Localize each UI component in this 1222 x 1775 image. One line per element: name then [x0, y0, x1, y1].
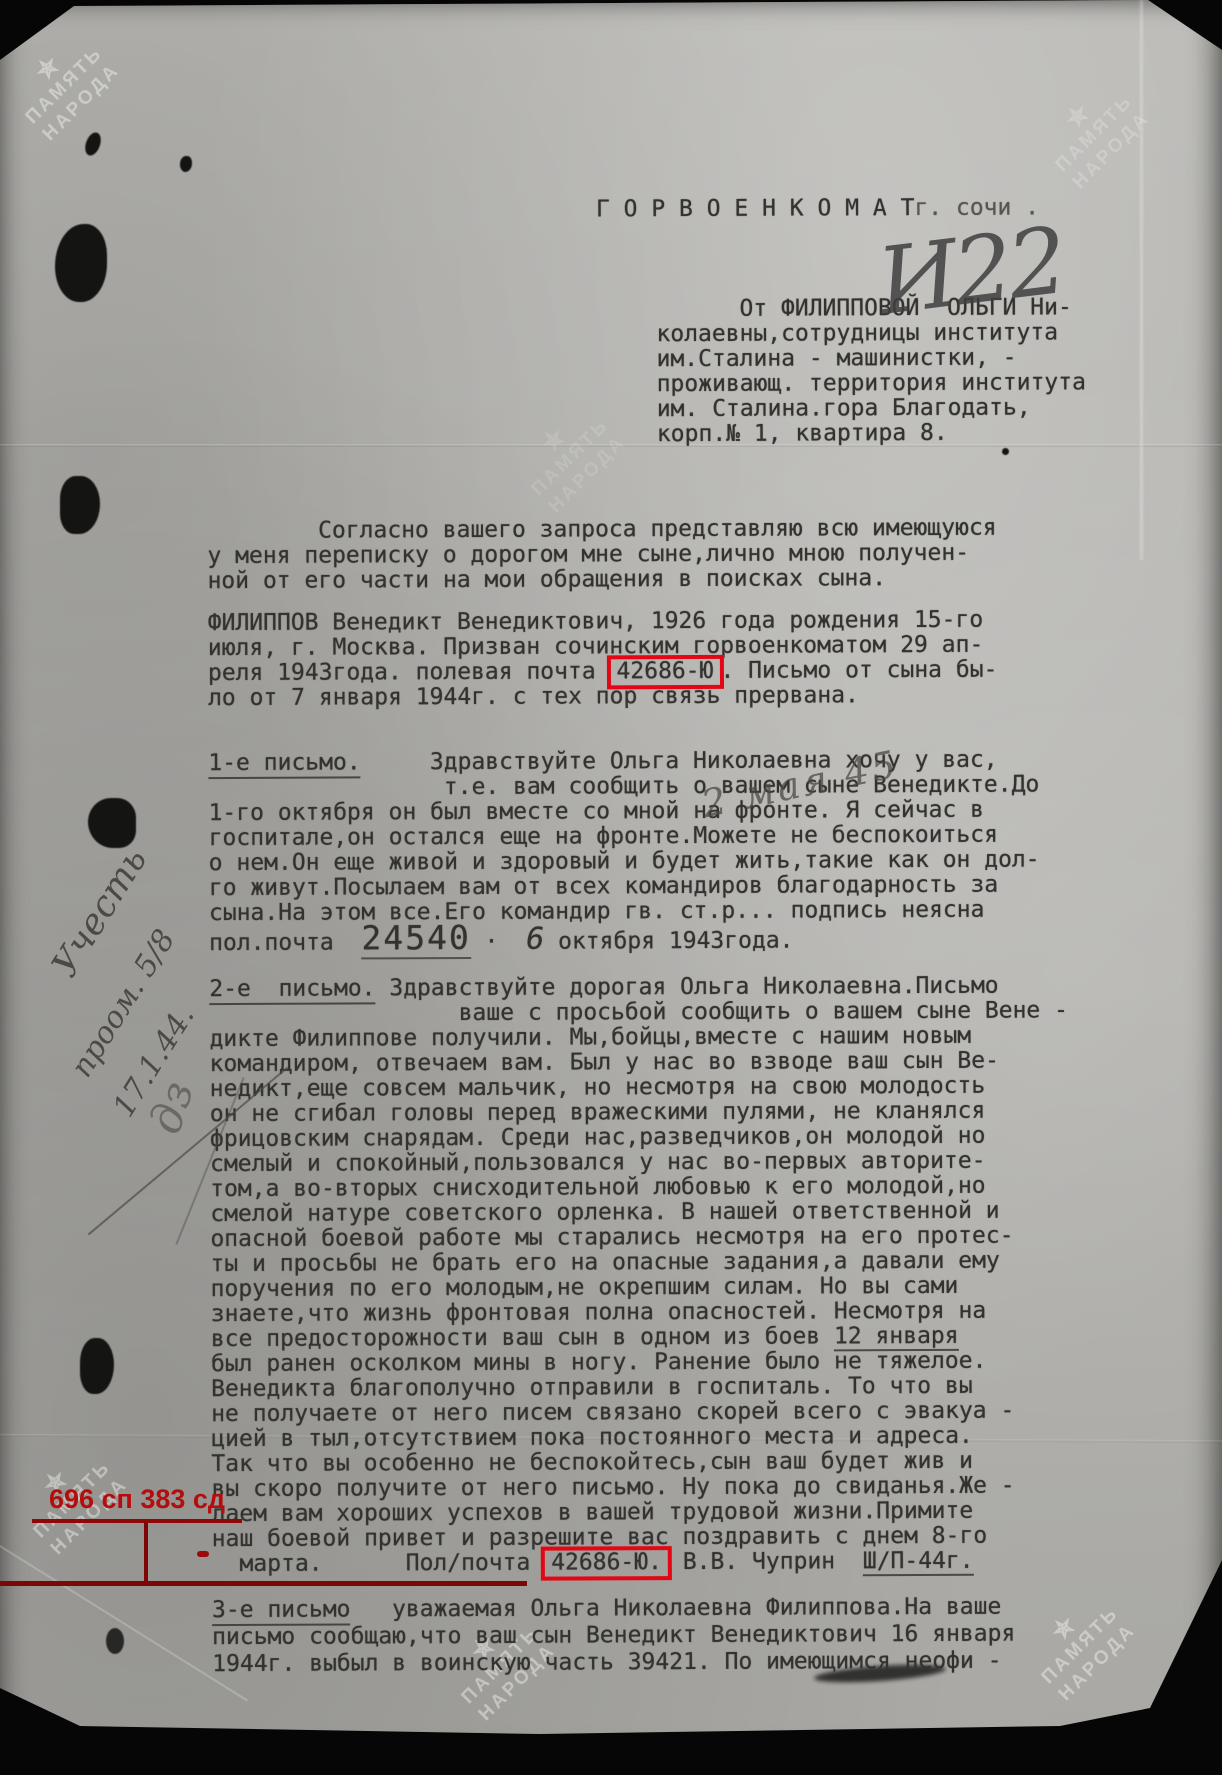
paper-hole: [180, 156, 192, 172]
archive-watermark: ✯ ПАМЯТЬ НАРОДА: [509, 395, 632, 518]
paper-hole: [88, 798, 136, 848]
paper-hole: [82, 130, 103, 157]
annotation-dash: [197, 1551, 209, 1557]
letter-1-text: Здравствуйте Ольга Николаевна хочу у вас…: [208, 747, 1039, 956]
paper-speck: [1002, 448, 1009, 455]
archive-watermark: ✯ ПАМЯТЬ НАРОДА: [1019, 1583, 1142, 1706]
letter-2-text: был ранен осколком мины в ногу. Ранение …: [211, 1323, 1015, 1577]
bio-paragraph: ФИЛИППОВ Венедикт Венедиктович, 1926 год…: [208, 608, 998, 711]
annotation-horizontal-line: [0, 1581, 527, 1586]
unit-annotation-label: 696 сп 383 сд: [32, 1484, 242, 1523]
archive-watermark: ✯ ПАМЯТЬ НАРОДА: [1033, 71, 1156, 194]
document-paper: ✯ ПАМЯТЬ НАРОДА ✯ ПАМЯТЬ НАРОДА ✯ ПАМЯТЬ…: [0, 0, 1222, 1775]
field-post-highlight-2: 42686-Ю.: [541, 1546, 672, 1581]
letter-3-heading: 3-е письмо: [212, 1596, 351, 1626]
letter-1: 1-е письмо. Здравствуйте Ольга Николаевн…: [208, 747, 1040, 956]
paper-hole: [55, 224, 107, 302]
paper-crease: [1140, 0, 1143, 560]
handwritten-page-number: И22: [872, 207, 1069, 336]
letter-3: 3-е письмо уважаемая Ольга Николаевна Фи…: [212, 1594, 1015, 1679]
archive-watermark: ✯ ПАМЯТЬ НАРОДА: [3, 23, 126, 146]
paper-crease: [0, 1541, 248, 1702]
field-post-number: 42686-Ю.: [551, 1549, 662, 1575]
letter-1-post-number: 24540: [361, 918, 471, 959]
letter-1-text: ·: [471, 929, 527, 955]
letter-1-text: октября 1943года.: [544, 928, 793, 955]
intro-paragraph: Согласно вашего запроса представляю всю …: [207, 516, 997, 594]
letter-2-text: В.В. Чуприн: [669, 1548, 863, 1575]
paper-hole: [80, 1338, 114, 1394]
paper-hole: [106, 1628, 124, 1654]
annotation-vertical-line: [144, 1522, 148, 1582]
paper-hole: [60, 476, 100, 534]
letter-1-day: 6: [526, 922, 544, 957]
letter-2-text: Здравствуйте дорогая Ольга Николаевна.Пи…: [209, 973, 1068, 1352]
scanned-document-photo: { "header": { "title": "Г О Р В О Е Н К …: [0, 0, 1222, 1775]
header-title: Г О Р В О Е Н К О М А Т: [596, 195, 915, 222]
field-post-number: 42686-Ю: [616, 658, 713, 684]
letter-2-date-signature: Ш/П-44г.: [863, 1548, 974, 1576]
letter-2: 2-е письмо. Здравствуйте дорогая Ольга Н…: [209, 973, 1070, 1577]
